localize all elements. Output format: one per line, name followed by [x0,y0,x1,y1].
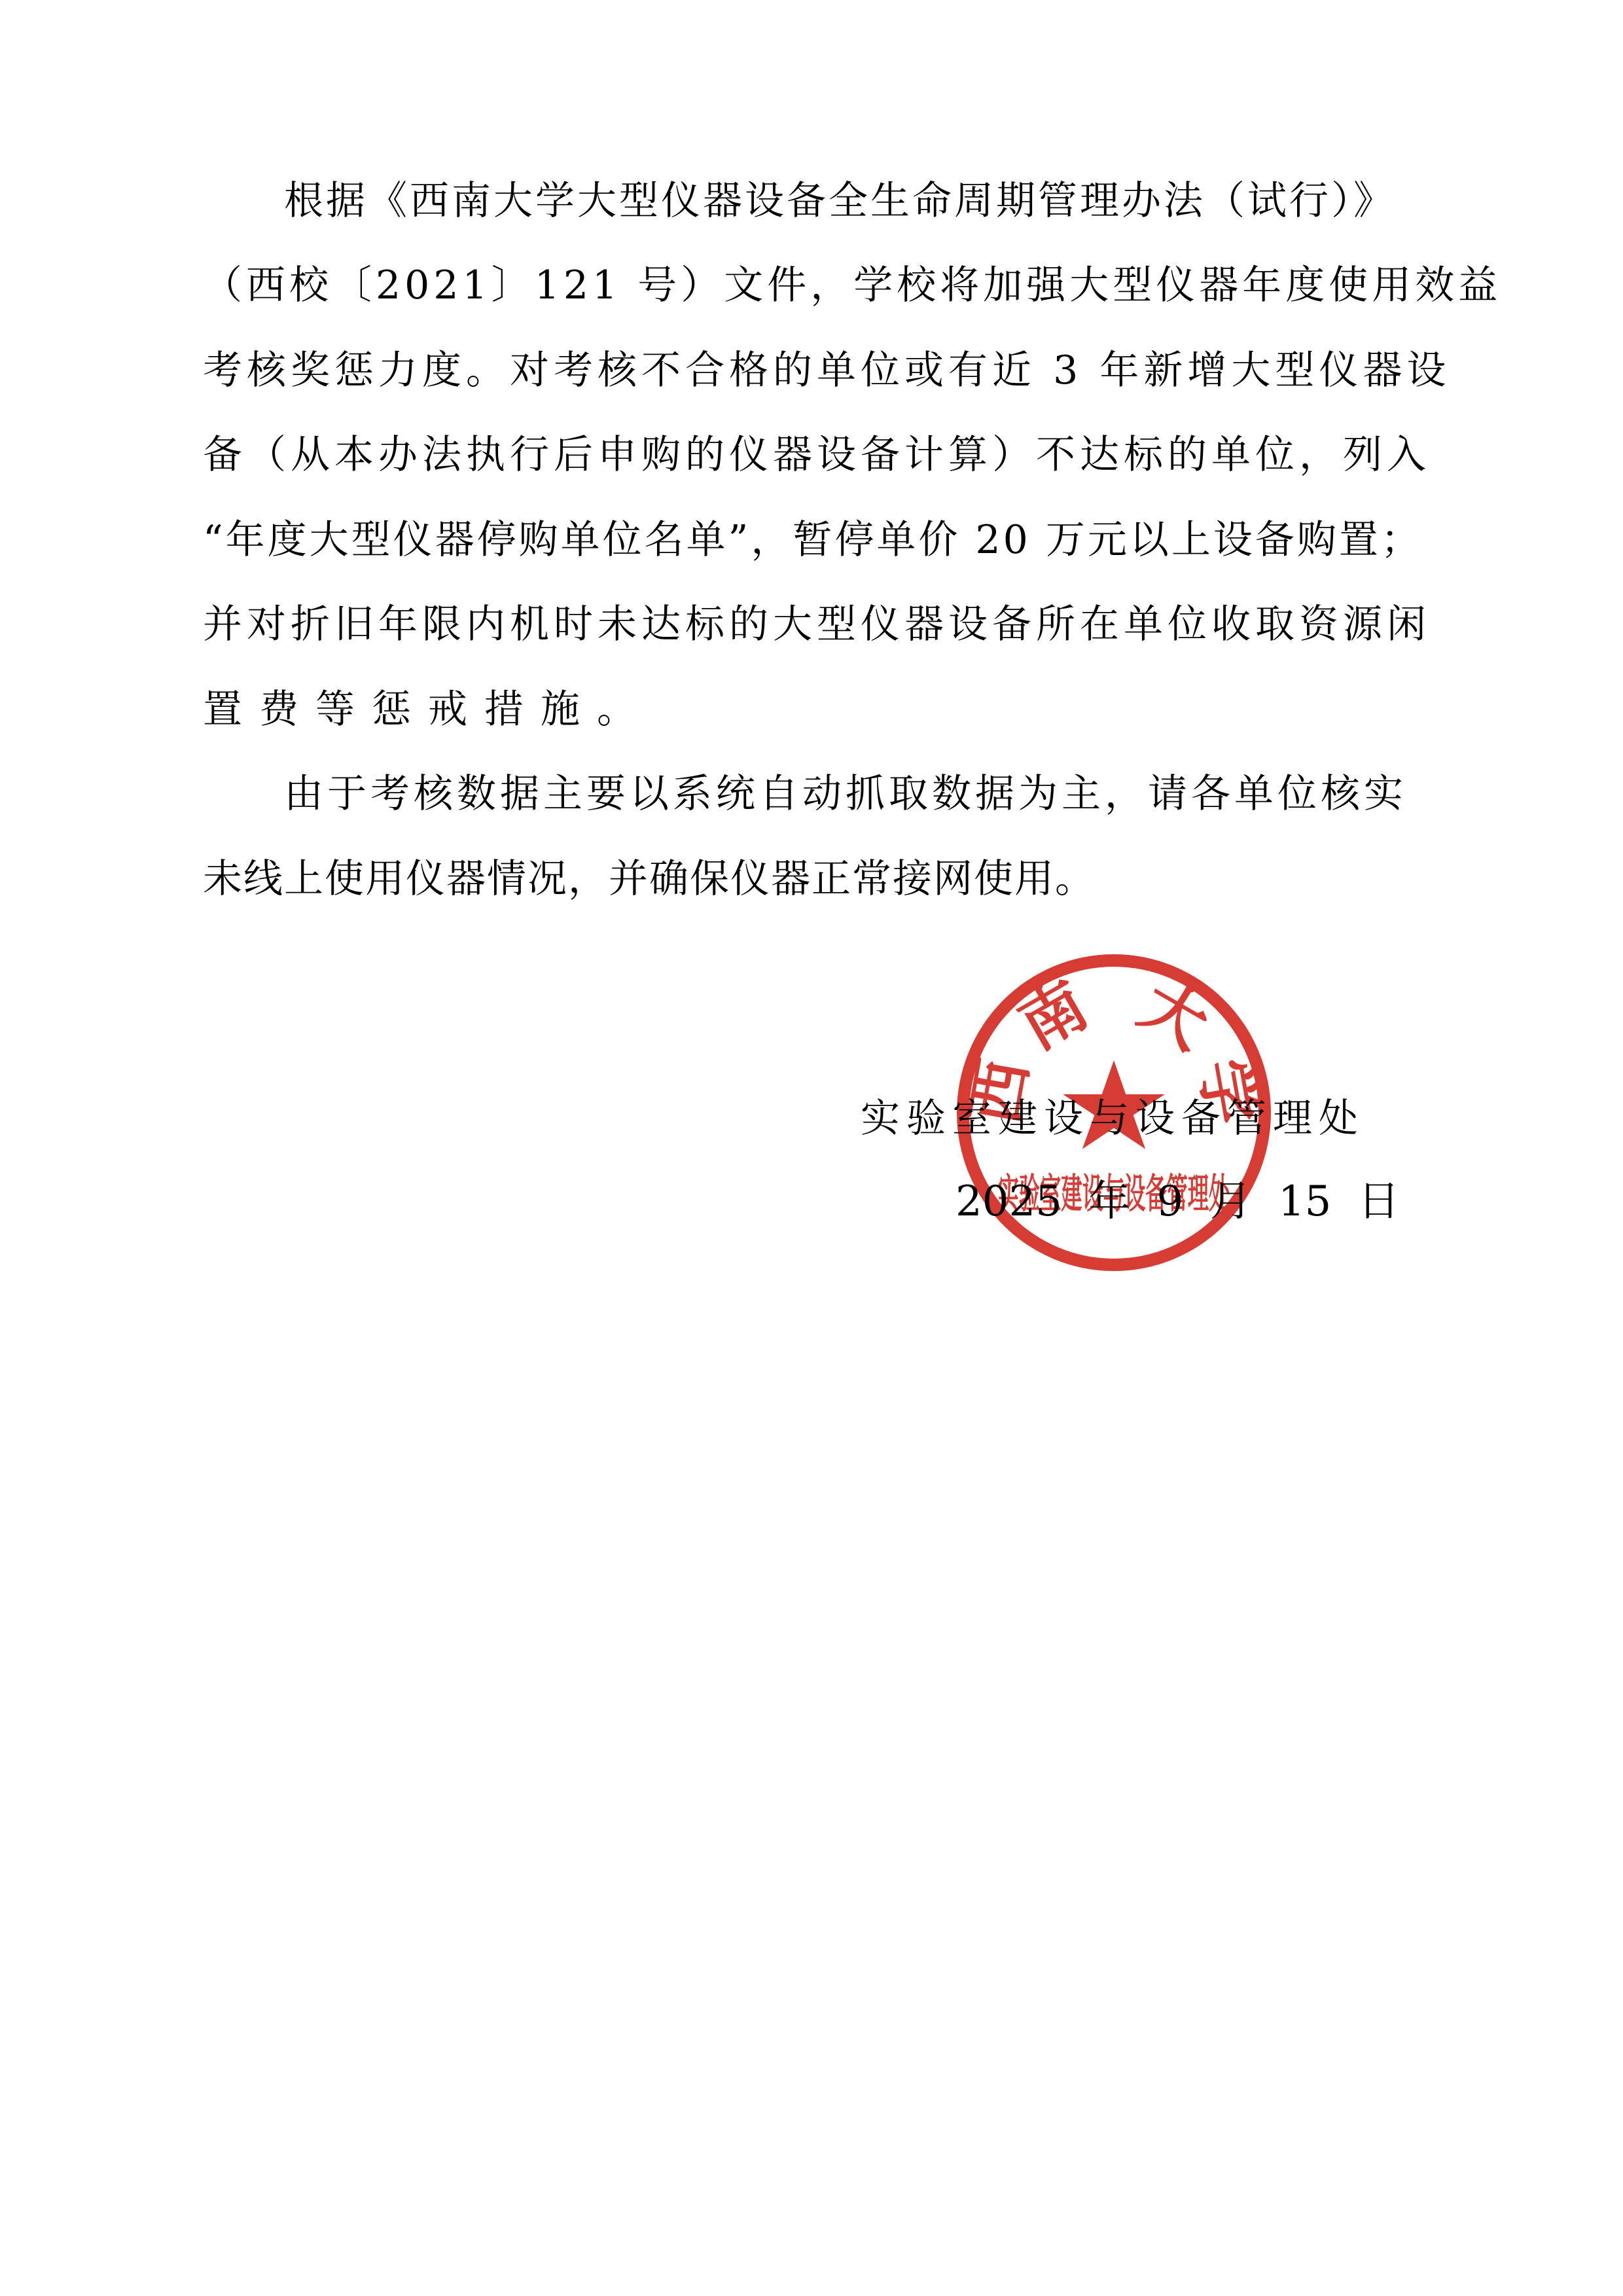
body-line-8: 由于考核数据主要以系统自动抓取数据为主，请各单位核实 [203,774,1407,814]
body-line-9: 未线上使用仪器情况，并确保仪器正常接网使用。 [203,859,1096,899]
body-line-3: 考核奖惩力度。对考核不合格的单位或有近 3 年新增大型仪器设 [203,351,1450,390]
body-line-1: 根据《西南大学大型仪器设备全生命周期管理办法（试行）》 [203,181,1395,221]
signature-date: 2025 年 9 月 15 日 [955,1181,1400,1223]
body-line-5: “年度大型仪器停购单位名单”，暂停单价 20 万元以上设备购置； [203,520,1423,560]
signature-department: 实验室建设与设备管理处 [861,1099,1364,1138]
page: 西 南 大 学 实验室建设与设备管理处 根据《西南大学大型仪器设备全生命周期管理… [0,0,1623,2296]
body-line-7: 置费等惩戒措施。 [203,690,653,729]
body-line-6: 并对折旧年限内机时未达标的大型仪器设备所在单位收取资源闲 [203,605,1431,644]
body-line-4: 备（从本办法执行后申购的仪器设备计算）不达标的单位，列入 [203,435,1431,475]
body-line-2: （西校〔2021〕121 号）文件，学校将加强大型仪器年度使用效益 [203,266,1501,305]
